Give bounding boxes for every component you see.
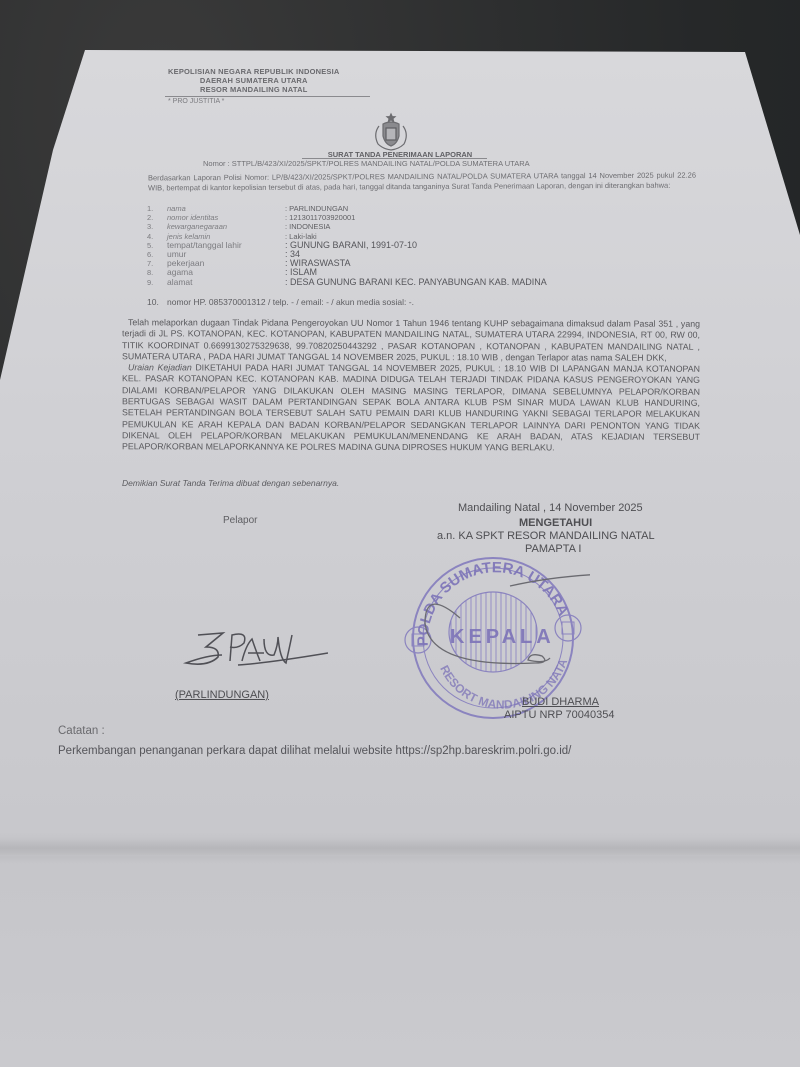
field-value: : PARLINDUNGAN (285, 204, 348, 213)
uraian-text: DIKETAHUI PADA HARI JUMAT TANGGAL 14 NOV… (122, 363, 700, 453)
contact-details: nomor HP. 085370001312 / telp. - / email… (167, 297, 414, 307)
report-narrative: Telah melaporkan dugaan Tindak Pidana Pe… (122, 317, 700, 454)
field-value: : DESA GUNUNG BARANI KEC. PANYABUNGAN KA… (285, 278, 547, 287)
letterhead-line-3: RESOR MANDAILING NATAL (168, 85, 340, 94)
field-kewarganegaraan: 3. kewarganegaraan : INDONESIA (147, 222, 607, 231)
pro-justitia-label: * PRO JUSTITIA * (168, 98, 224, 105)
field-value: : INDONESIA (285, 222, 330, 231)
field-label: kewarganegaraan (167, 222, 285, 231)
document-number: Nomor : STTPL/B/423/XI/2025/SPKT/POLRES … (203, 159, 530, 168)
field-alamat: 9. alamat : DESA GUNUNG BARANI KEC. PANY… (147, 278, 607, 287)
field-contact: 10.nomor HP. 085370001312 / telp. - / em… (147, 297, 414, 307)
field-tempat-tanggal-lahir: 5. tempat/tanggal lahir : GUNUNG BARANI,… (147, 241, 607, 250)
police-emblem-icon (370, 112, 412, 152)
reporter-name: (PARLINDUNGAN) (175, 689, 269, 701)
field-umur: 6. umur : 34 (147, 250, 607, 259)
field-number: 9. (147, 278, 167, 287)
field-number: 5. (147, 241, 167, 250)
field-number: 2. (147, 213, 167, 222)
field-number: 7. (147, 259, 167, 268)
field-number: 1. (147, 204, 167, 213)
uraian-label: Uraian Kejadian (128, 362, 192, 372)
reporter-signature-icon (178, 625, 328, 675)
letterhead-underline (165, 96, 370, 97)
police-report-receipt: KEPOLISIAN NEGARA REPUBLIK INDONESIA DAE… (0, 0, 800, 1067)
field-value: : 1213011703920001 (285, 213, 355, 222)
reporter-identity-list: 1. nama : PARLINDUNGAN 2. nomor identita… (147, 204, 607, 287)
field-value: : GUNUNG BARANI, 1991-07-10 (285, 241, 417, 250)
officer-name: BUDI DHARMA (522, 696, 599, 708)
letterhead-line-1: KEPOLISIAN NEGARA REPUBLIK INDONESIA (168, 67, 340, 76)
mengetahui-label: MENGETAHUI (519, 517, 592, 529)
field-label: alamat (167, 278, 285, 287)
on-behalf-line: a.n. KA SPKT RESOR MANDAILING NATAL (437, 530, 655, 542)
field-label: nama (167, 204, 285, 213)
officer-rank-nrp: AIPTU NRP 70040354 (504, 709, 614, 721)
letterhead: KEPOLISIAN NEGARA REPUBLIK INDONESIA DAE… (168, 67, 340, 94)
note-label: Catatan : (58, 725, 105, 737)
field-number: 6. (147, 250, 167, 259)
stamp-center-text: KEPALA (450, 626, 555, 648)
field-nomor-identitas: 2. nomor identitas : 1213011703920001 (147, 213, 607, 222)
pelapor-label: Pelapor (223, 515, 257, 526)
field-pekerjaan: 7. pekerjaan : WIRASWASTA (147, 259, 607, 268)
field-number: 4. (147, 232, 167, 241)
field-number: 3. (147, 222, 167, 231)
field-number: 10. (147, 297, 167, 307)
field-number: 8. (147, 268, 167, 277)
report-paragraph: Telah melaporkan dugaan Tindak Pidana Pe… (122, 317, 700, 364)
place-date: Mandailing Natal , 14 November 2025 (458, 502, 643, 514)
intro-paragraph: Berdasarkan Laporan Polisi Nomor: LP/B/4… (148, 171, 696, 193)
note-text: Perkembangan penanganan perkara dapat di… (58, 745, 571, 757)
field-label: nomor identitas (167, 213, 285, 222)
field-nama: 1. nama : PARLINDUNGAN (147, 204, 607, 213)
letterhead-line-2: DAERAH SUMATERA UTARA (168, 76, 340, 85)
closing-statement: Demikian Surat Tanda Terima dibuat denga… (122, 478, 339, 488)
